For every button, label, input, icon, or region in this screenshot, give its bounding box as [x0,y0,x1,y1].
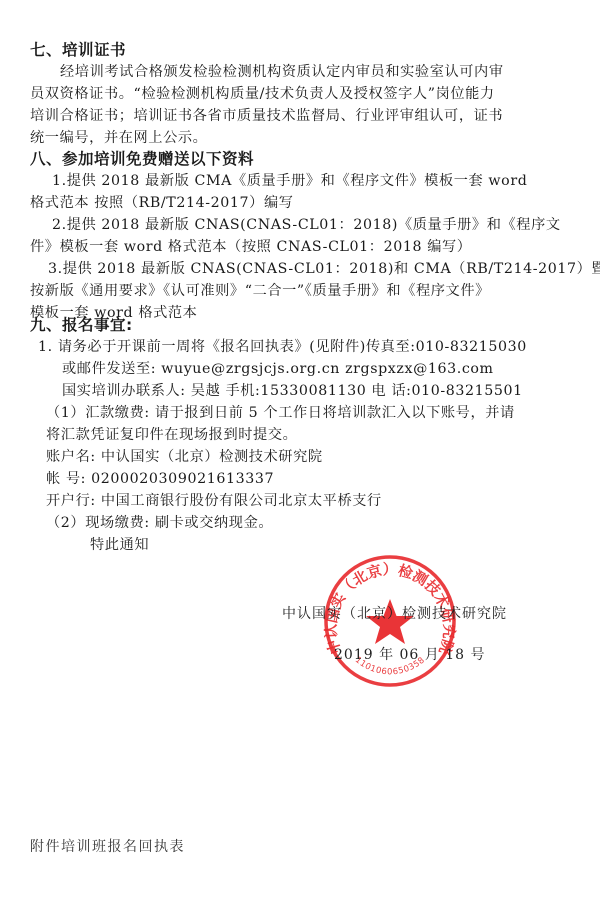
section-8-item-line: 2.提供 2018 最新版 CNAS(CNAS-CL01：2018)《质量手册》… [52,214,561,236]
account-bank: 开户行: 中国工商银行股份有限公司北京太平桥支行 [46,490,382,512]
section-7-paragraph-line: 经培训考试合格颁发检验检测机构资质认定内审员和实验室认可内审 [60,61,504,83]
section-8-item-line: 件》模板一套 word 格式范本（按照 CNAS-CL01：2018 编写） [30,236,472,258]
signature-organization: 中认国实（北京）检测技术研究院 [282,604,507,624]
signature-date: 2019 年 06 月 18 号 [334,645,486,665]
payment-transfer-line: （1）汇款缴费: 请于报到日前 5 个工作日将培训款汇入以下账号，并请 [46,402,515,424]
account-number: 帐 号: 0200020309021613337 [46,468,274,490]
section-7-heading: 七、培训证书 [30,39,126,61]
section-8-item-line: 按新版《通用要求》《认可准则》“二合一”《质量手册》和《程序文件》 [30,280,490,302]
section-9-heading: 九、报名事宜: [30,314,133,336]
registration-fax-line: 1. 请务必于开课前一周将《报名回执表》(见附件)传真至:010-8321503… [38,336,527,358]
section-7-paragraph-line: 培训合格证书；培训证书各省市质量技术监督局、行业评审组认可，证书 [30,105,503,127]
account-name: 账户名: 中认国实（北京）检测技术研究院 [46,446,323,468]
section-8-item-line: 格式范本 按照（RB/T214-2017）编写 [30,192,294,214]
section-8-item-line: 3.提供 2018 最新版 CNAS(CNAS-CL01：2018)和 CMA（… [48,258,600,280]
payment-onsite-line: （2）现场缴费: 刷卡或交纳现金。 [46,512,273,534]
attachment-label: 附件培训班报名回执表 [30,836,185,858]
payment-transfer-line: 将汇款凭证复印件在现场报到时提交。 [46,424,297,446]
registration-contact-line: 国实培训办联系人: 吴越 手机:15330081130 电 话:010-8321… [62,380,523,402]
section-7-paragraph-line: 员双资格证书。“检验检测机构质量/技术负责人及授权签字人”岗位能力 [30,83,495,105]
section-8-heading: 八、参加培训免费赠送以下资料 [30,148,254,170]
section-7-paragraph-line: 统一编号，并在网上公示。 [30,127,207,149]
notice-closing: 特此通知 [90,534,149,556]
section-8-item-line: 1.提供 2018 最新版 CMA《质量手册》和《程序文件》模板一套 word [52,170,527,192]
registration-email-line: 或邮件发送至: wuyue@zrgsjcjs.org.cn zrgspxzx@1… [62,358,494,380]
